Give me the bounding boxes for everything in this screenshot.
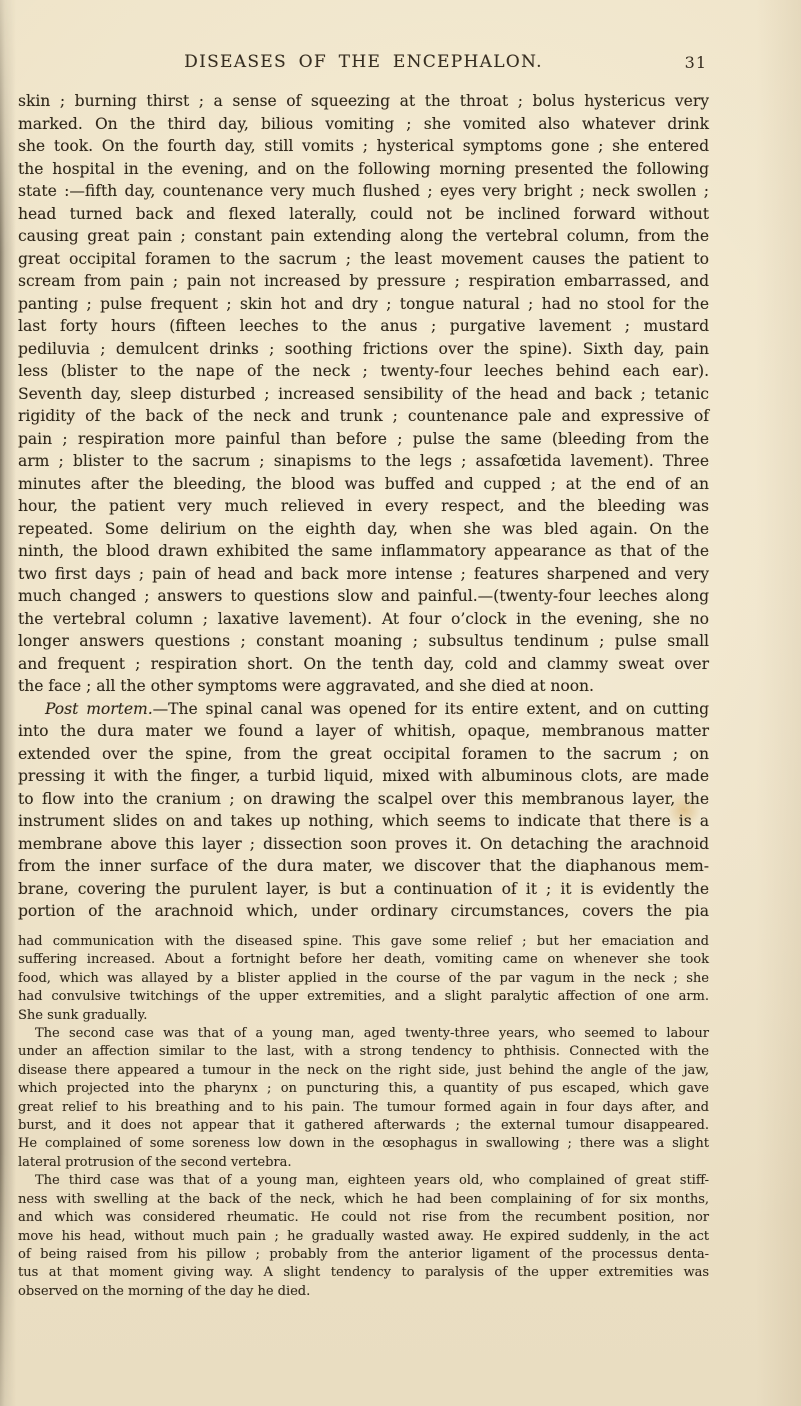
footnote-paragraph-2: The second case was that of a young man,… bbox=[18, 1025, 709, 1172]
text-line: brane, covering the purulent layer, is b… bbox=[18, 878, 709, 901]
text-line: causing great pain ; constant pain exten… bbox=[18, 225, 709, 248]
text-line: less (blister to the nape of the neck ; … bbox=[18, 360, 709, 383]
text-line: which projected into the pharynx ; on pu… bbox=[18, 1080, 709, 1098]
text-line: the vertebral column ; laxative lavement… bbox=[18, 608, 709, 631]
text-line: and which was considered rheumatic. He c… bbox=[18, 1209, 709, 1227]
page-number: 31 bbox=[685, 53, 707, 72]
paragraph-case-history: skin ; burning thirst ; a sense of squee… bbox=[18, 90, 709, 698]
text-line: skin ; burning thirst ; a sense of squee… bbox=[18, 90, 709, 113]
text-line: marked. On the third day, bilious vomiti… bbox=[18, 113, 709, 136]
text-line: great occipital foramen to the sacrum ; … bbox=[18, 248, 709, 271]
paragraph-post-mortem: Post mortem.—The spinal canal was opened… bbox=[18, 698, 709, 923]
text-line: to flow into the cranium ; on drawing th… bbox=[18, 788, 709, 811]
footnote-text: had communication with the diseased spin… bbox=[18, 933, 709, 1301]
text-line: pressing it with the finger, a turbid li… bbox=[18, 765, 709, 788]
text-line: great relief to his breathing and to his… bbox=[18, 1099, 709, 1117]
text-line: under an affection similar to the last, … bbox=[18, 1043, 709, 1061]
text-line: had communication with the diseased spin… bbox=[18, 933, 709, 951]
text-line: ninth, the blood drawn exhibited the sam… bbox=[18, 540, 709, 563]
text-line: scream from pain ; pain not increased by… bbox=[18, 270, 709, 293]
footnote-paragraph-1: had communication with the diseased spin… bbox=[18, 933, 709, 1025]
page-header: DISEASES OF THE ENCEPHALON. 31 bbox=[18, 52, 709, 76]
post-mortem-lead: Post mortem. bbox=[45, 700, 153, 718]
text-line: Post mortem.—The spinal canal was opened… bbox=[18, 698, 709, 721]
text-line: the hospital in the evening, and on the … bbox=[18, 158, 709, 181]
text-line: arm ; blister to the sacrum ; sinapisms … bbox=[18, 450, 709, 473]
text-line: and frequent ; respiration short. On the… bbox=[18, 653, 709, 676]
text-line: from the inner surface of the dura mater… bbox=[18, 855, 709, 878]
text-line: last forty hours (fifteen leeches to the… bbox=[18, 315, 709, 338]
text-line: rigidity of the back of the neck and tru… bbox=[18, 405, 709, 428]
running-head: DISEASES OF THE ENCEPHALON. bbox=[18, 52, 709, 72]
text-line: minutes after the bleeding, the blood wa… bbox=[18, 473, 709, 496]
text-line: hour, the patient very much relieved in … bbox=[18, 495, 709, 518]
text-line: panting ; pulse frequent ; skin hot and … bbox=[18, 293, 709, 316]
text-line: portion of the arachnoid which, under or… bbox=[18, 900, 709, 923]
text-line: He complained of some soreness low down … bbox=[18, 1135, 709, 1153]
text-line: pediluvia ; demulcent drinks ; soothing … bbox=[18, 338, 709, 361]
text-line: repeated. Some delirium on the eighth da… bbox=[18, 518, 709, 541]
text-line: ness with swelling at the back of the ne… bbox=[18, 1191, 709, 1209]
text-line: the face ; all the other symptoms were a… bbox=[18, 675, 709, 698]
text-line: pain ; respiration more painful than bef… bbox=[18, 428, 709, 451]
text-line: state :—fifth day, countenance very much… bbox=[18, 180, 709, 203]
post-mortem-lines: into the dura mater we found a layer of … bbox=[18, 720, 709, 923]
post-mortem-first-line-rest: —The spinal canal was opened for its ent… bbox=[153, 700, 709, 718]
text-line: longer answers questions ; constant moan… bbox=[18, 630, 709, 653]
text-line: of being raised from his pillow ; probab… bbox=[18, 1246, 709, 1264]
text-line: disease there appeared a tumour in the n… bbox=[18, 1062, 709, 1080]
text-line: Seventh day, sleep disturbed ; increased… bbox=[18, 383, 709, 406]
text-line: move his head, without much pain ; he gr… bbox=[18, 1228, 709, 1246]
text-line: She sunk gradually. bbox=[18, 1007, 709, 1025]
text-line: burst, and it does not appear that it ga… bbox=[18, 1117, 709, 1135]
main-text: skin ; burning thirst ; a sense of squee… bbox=[18, 90, 709, 923]
text-line: she took. On the fourth day, still vomit… bbox=[18, 135, 709, 158]
text-line: tus at that moment giving way. A slight … bbox=[18, 1264, 709, 1282]
text-line: The second case was that of a young man,… bbox=[18, 1025, 709, 1043]
text-line: suffering increased. About a fortnight b… bbox=[18, 951, 709, 969]
text-line: food, which was allayed by a blister app… bbox=[18, 970, 709, 988]
footnote-paragraph-3: The third case was that of a young man, … bbox=[18, 1172, 709, 1301]
text-line: into the dura mater we found a layer of … bbox=[18, 720, 709, 743]
text-line: extended over the spine, from the great … bbox=[18, 743, 709, 766]
text-line: had convulsive twitchings of the upper e… bbox=[18, 988, 709, 1006]
text-line: much changed ; answers to questions slow… bbox=[18, 585, 709, 608]
text-line: two first days ; pain of head and back m… bbox=[18, 563, 709, 586]
text-line: lateral protrusion of the second vertebr… bbox=[18, 1154, 709, 1172]
text-line: The third case was that of a young man, … bbox=[18, 1172, 709, 1190]
text-line: head turned back and flexed laterally, c… bbox=[18, 203, 709, 226]
page-gutter-shadow bbox=[0, 0, 16, 1406]
text-line: observed on the morning of the day he di… bbox=[18, 1283, 709, 1301]
text-line: instrument slides on and takes up nothin… bbox=[18, 810, 709, 833]
text-line: membrane above this layer ; dissection s… bbox=[18, 833, 709, 856]
book-page: DISEASES OF THE ENCEPHALON. 31 skin ; bu… bbox=[0, 0, 801, 1406]
